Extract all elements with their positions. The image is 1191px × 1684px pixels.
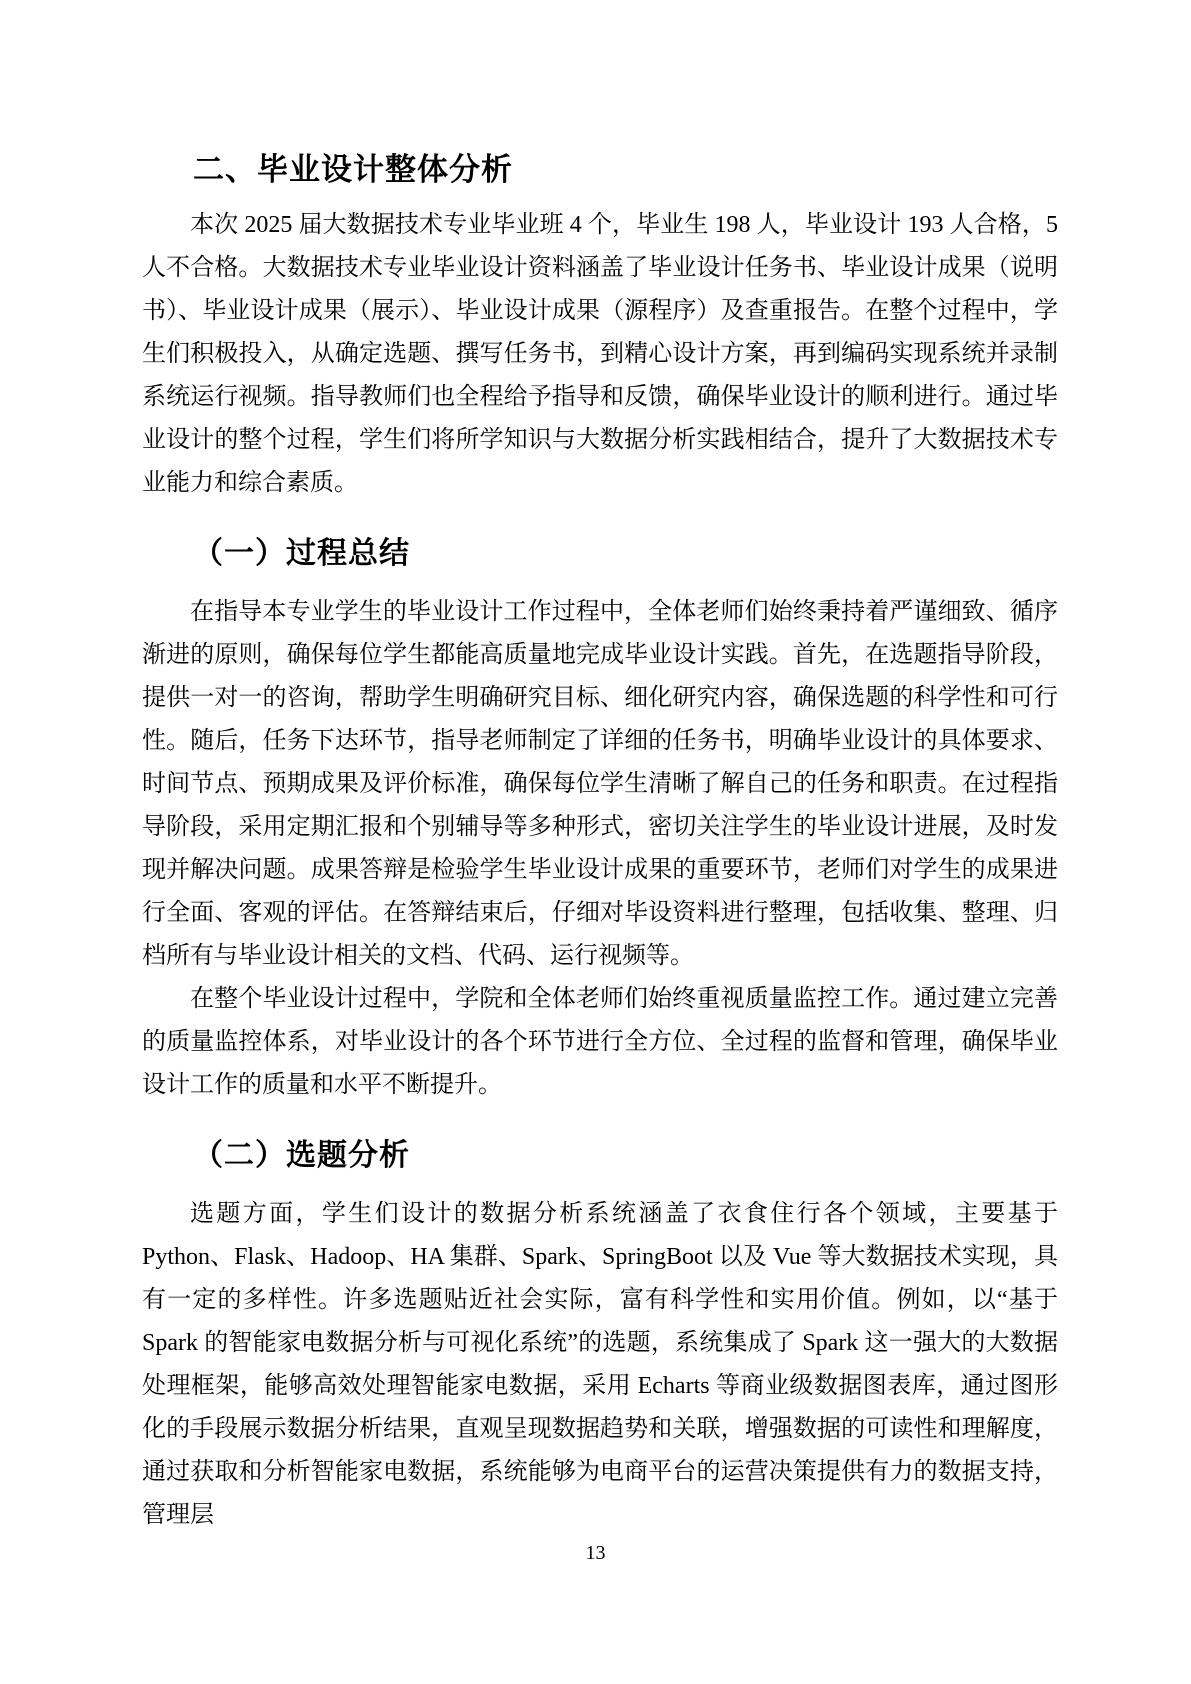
page-content: 二、毕业设计整体分析 本次 2025 届大数据技术专业毕业班 4 个，毕业生 1… — [142, 0, 1058, 1537]
intro-paragraph: 本次 2025 届大数据技术专业毕业班 4 个，毕业生 198 人，毕业设计 1… — [142, 204, 1058, 505]
subsection-heading-process-summary: （一）过程总结 — [142, 531, 1058, 577]
paragraph-process-summary-2: 在整个毕业设计过程中，学院和全体老师们始终重视质量监控工作。通过建立完善的质量监… — [142, 978, 1058, 1107]
paragraph-topic-analysis-1: 选题方面，学生们设计的数据分析系统涵盖了衣食住行各个领域，主要基于 Python… — [142, 1193, 1058, 1537]
paragraph-process-summary-1: 在指导本专业学生的毕业设计工作过程中，全体老师们始终秉持着严谨细致、循序渐进的原… — [142, 591, 1058, 978]
section-heading: 二、毕业设计整体分析 — [142, 146, 1058, 194]
document-page: 二、毕业设计整体分析 本次 2025 届大数据技术专业毕业班 4 个，毕业生 1… — [0, 0, 1191, 1684]
subsection-heading-topic-analysis: （二）选题分析 — [142, 1133, 1058, 1179]
page-number: 13 — [0, 1541, 1191, 1565]
